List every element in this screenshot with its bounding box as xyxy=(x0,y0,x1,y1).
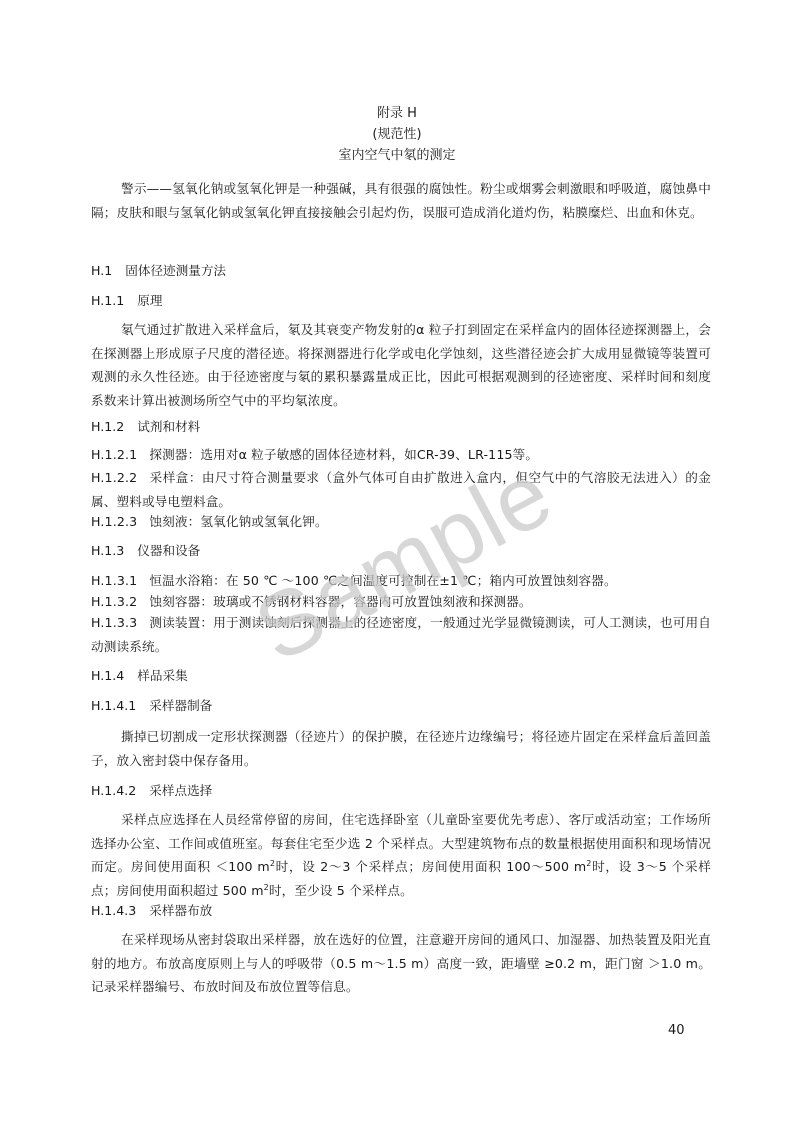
page-number: 40 xyxy=(668,1023,685,1038)
section-heading-h1-4-2: H.1.4.2采样点选择 xyxy=(91,781,212,801)
text-run: 时，至少设 5 个采样点。 xyxy=(269,883,413,898)
appendix-title: 室内空气中氡的测定 xyxy=(0,145,794,166)
section-number: H.1.4 xyxy=(91,666,124,686)
item-text: 蚀刻容器：玻璃或不锈钢材料容器，容器内可放置蚀刻液和探测器。 xyxy=(149,594,531,609)
section-title: 采样点选择 xyxy=(149,783,212,798)
section-number: H.1.4.2 xyxy=(91,781,136,801)
section-number: H.1 xyxy=(91,261,112,281)
sampler-prep-paragraph: 撕掉已切割成一定形状探测器（径迹片）的保护膜，在径迹片边缘编号；将径迹片固定在采… xyxy=(91,725,711,772)
section-heading-h1-3: H.1.3仪器和设备 xyxy=(91,541,200,561)
sampling-point-paragraph: 采样点应选择在人员经常停留的房间，住宅选择卧室（儿童卧室要优先考虑）、客厅或活动… xyxy=(91,808,711,902)
list-item-h1-2-3: H.1.2.3蚀刻液：氢氧化钠或氢氧化钾。 xyxy=(91,510,711,534)
item-number: H.1.3.1 xyxy=(91,573,137,588)
section-number: H.1.4.1 xyxy=(91,696,136,716)
section-heading-h1-4: H.1.4样品采集 xyxy=(91,666,188,686)
section-heading-h1-2: H.1.2试剂和材料 xyxy=(91,417,200,437)
section-title: 仪器和设备 xyxy=(137,543,200,558)
text-run: 时，设 2～3 个采样点；房间使用面积 100～500 m xyxy=(275,859,586,874)
section-title: 采样器布放 xyxy=(149,903,212,918)
item-number: H.1.3.2 xyxy=(91,594,137,609)
appendix-label: 附录 H xyxy=(0,103,794,124)
section-number: H.1.1 xyxy=(91,291,124,311)
list-item-h1-2-2: H.1.2.2采样盒：由尺寸符合测量要求（盒外气体可自由扩散进入盒内，但空气中的… xyxy=(91,466,711,513)
document-page: 附录 H (规范性) 室内空气中氡的测定 警示——氢氧化钠或氢氧化钾是一种强碱，… xyxy=(0,0,794,1122)
section-heading-h1-4-3: H.1.4.3采样器布放 xyxy=(91,901,212,921)
section-number: H.1.2 xyxy=(91,417,124,437)
warning-paragraph: 警示——氢氧化钠或氢氧化钾是一种强碱，具有很强的腐蚀性。粉尘或烟雾会刺激眼和呼吸… xyxy=(91,177,711,224)
section-title: 原理 xyxy=(137,293,162,308)
item-text: 蚀刻液：氢氧化钠或氢氧化钾。 xyxy=(149,514,327,529)
item-text: 采样盒：由尺寸符合测量要求（盒外气体可自由扩散进入盒内，但空气中的气溶胶无法进入… xyxy=(91,470,711,509)
section-heading-h1-1: H.1.1原理 xyxy=(91,291,162,311)
list-item-h1-3-3: H.1.3.3测读装置：用于测读蚀刻后探测器上的径迹密度，一般通过光学显微镜测读… xyxy=(91,611,711,658)
item-text: 测读装置：用于测读蚀刻后探测器上的径迹密度，一般通过光学显微镜测读，可人工测读，… xyxy=(91,615,711,654)
section-number: H.1.4.3 xyxy=(91,901,136,921)
list-item-h1-2-1: H.1.2.1探测器：选用对α 粒子敏感的固体径迹材料，如CR-39、LR-11… xyxy=(91,443,711,467)
item-text: 恒温水浴箱：在 50 ℃ ～100 ℃之间温度可控制在±1 ℃；箱内可放置蚀刻容… xyxy=(149,573,616,588)
section-title: 固体径迹测量方法 xyxy=(125,263,226,278)
sampler-placement-paragraph: 在采样现场从密封袋取出采样器，放在选好的位置，注意避开房间的通风口、加湿器、加热… xyxy=(91,928,711,999)
section-title: 采样器制备 xyxy=(149,698,212,713)
section-heading-h1-4-1: H.1.4.1采样器制备 xyxy=(91,696,212,716)
item-number: H.1.2.3 xyxy=(91,514,137,529)
item-text: 探测器：选用对α 粒子敏感的固体径迹材料，如CR-39、LR-115等。 xyxy=(149,447,538,462)
item-number: H.1.3.3 xyxy=(91,615,137,630)
item-number: H.1.2.1 xyxy=(91,447,137,462)
section-title: 试剂和材料 xyxy=(137,419,200,434)
section-heading-h1: H.1固体径迹测量方法 xyxy=(91,261,226,281)
item-number: H.1.2.2 xyxy=(91,470,137,485)
section-title: 样品采集 xyxy=(137,668,187,683)
appendix-nature: (规范性) xyxy=(0,124,794,145)
section-number: H.1.3 xyxy=(91,541,124,561)
principle-paragraph: 氡气通过扩散进入采样盒后，氡及其衰变产物发射的α 粒子打到固定在采样盒内的固体径… xyxy=(91,318,711,412)
